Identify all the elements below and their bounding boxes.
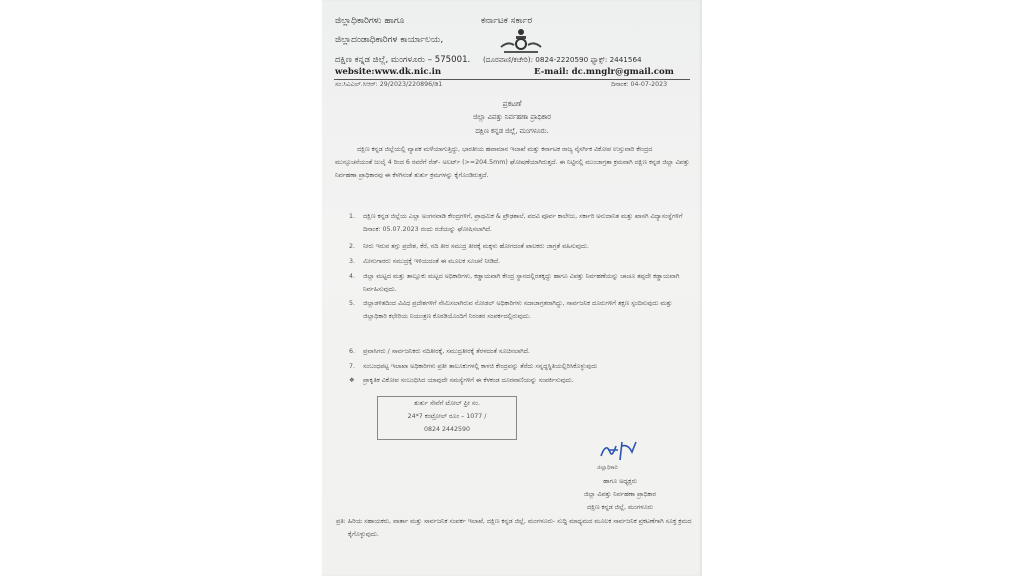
- office-line-2: ಜಿಲ್ಲಾದಂಡಾಧಿಕಾರಿಗಳ ಕಾರ್ಯಾಲಯ,: [335, 35, 443, 45]
- list-item: 5. ಜಿಲ್ಲಾಡಳಿತದಿಂದ ವಿವಿಧ ಪ್ರದೇಶಗಳಿಗೆ ನೇಮಿ…: [349, 298, 694, 338]
- signatory-designation: ಜಿಲ್ಲಾಧಿಕಾರಿ: [597, 465, 618, 472]
- list-item: 2. ನೀರು ಇರುವ ತಗ್ಗು ಪ್ರದೇಶ, ಕೆರೆ, ನದಿ ತೀರ…: [349, 241, 694, 254]
- helpline-label: ತುರ್ತು ಸೇವೆಗೆ ಟೋಲ್ ಫ್ರೀ ಸಂ.: [378, 397, 516, 410]
- list-item: 7. ಸಂಬಂಧಪಟ್ಟ ಇಲಾಖಾ ಅಧಿಕಾರಿಗಳು ಪ್ರತೀ ತಾಲೂ…: [349, 361, 694, 374]
- phone-fax: (ದೂರವಾಣಿ/ಕಚೇರಿ): 0824-2220590 ಫ್ಯಾಕ್ಸ್: …: [483, 55, 642, 65]
- office-line-3: ದಕ್ಷಿಣ ಕನ್ನಡ ಜಿಲ್ಲೆ, ಮಂಗಳೂರು – 575001.: [335, 55, 470, 65]
- copy-to-note: ಪ್ರತಿ: ಹಿರಿಯ ಸಹಾಯಕರು, ವಾರ್ತಾ ಮತ್ತು ಸಾರ್ವ…: [336, 515, 698, 541]
- list-item: 1. ದಕ್ಷಿಣ ಕನ್ನಡ ಜಿಲ್ಲೆಯ ಎಲ್ಲಾ ಅಂಗನವಾಡಿ ಕ…: [349, 211, 694, 237]
- list-item: 4. ಜಿಲ್ಲಾ ಮಟ್ಟದ ಮತ್ತು ತಾಲ್ಲೂಕು ಮಟ್ಟದ ಅಧಿ…: [349, 271, 694, 297]
- signatory-district: ದಕ್ಷಿಣ ಕನ್ನಡ ಜಿಲ್ಲೆ, ಮಂಗಳೂರು: [540, 504, 700, 512]
- office-line-1: ಜಿಲ್ಲಾಧಿಕಾರಿಗಳು ಹಾಗೂ: [335, 16, 404, 26]
- authority-name: ಜಿಲ್ಲಾ ವಿಪತ್ತು ನಿರ್ವಹಣಾ ಪ್ರಾಧಿಕಾರ: [322, 113, 702, 122]
- helpline-box: ತುರ್ತು ಸೇವೆಗೆ ಟೋಲ್ ಫ್ರೀ ಸಂ. 24*7 ಕಂಟ್ರೋಲ…: [377, 396, 517, 440]
- karnataka-emblem-icon: [496, 27, 546, 55]
- signatory-role: ಹಾಗೂ ಅಧ್ಯಕ್ಷರು: [540, 478, 700, 486]
- control-room-number: 24*7 ಕಂಟ್ರೋಲ್ ರೂಂ – 1077 /: [378, 410, 516, 423]
- list-item: 3. ಮೀನುಗಾರರು ಸಮುದ್ರಕ್ಕೆ ಇಳಿಯದಂತೆ ಈ ಮೂಲಕ …: [349, 256, 694, 269]
- reference-number: ಸಂ:ಸಿಎಎಲ್.ಸಿಆರ್: 29/2023/220896/ಡಿ1: [335, 81, 442, 89]
- email-link[interactable]: E-mail: dc.mnglr@gmail.com: [534, 67, 674, 77]
- signature-mark: [598, 438, 638, 464]
- list-item: 6. ಪ್ರವಾಸಿಗರು / ಸಾರ್ವಜನಿಕರು ನದಿತೀರಕ್ಕೆ, …: [349, 346, 694, 359]
- office-phone-number: 0824 2442590: [378, 423, 516, 436]
- notice-heading: ಪ್ರಕಟಣೆ: [322, 99, 702, 109]
- government-name: ಕರ್ನಾಟಕ ಸರ್ಕಾರ: [481, 16, 532, 26]
- header-divider: [334, 79, 690, 80]
- list-item: ❖ ಪ್ರಾಕೃತಿಕ ವಿಕೋಪ ಸಂಬಂಧಿಸಿದ ಯಾವುದೇ ಸಮಸ್ಯ…: [349, 375, 694, 388]
- intro-paragraph: ದಕ್ಷಿಣ ಕನ್ನಡ ಜಿಲ್ಲೆಯಲ್ಲಿ ವ್ಯಾಪಕ ಮಳೆಯಾಗುತ…: [335, 143, 690, 182]
- district-name: ದಕ್ಷಿಣ ಕನ್ನಡ ಜಿಲ್ಲೆ, ಮಂಗಳೂರು.: [322, 127, 702, 136]
- signatory-authority: ಜಿಲ್ಲಾ ವಿಪತ್ತು ನಿರ್ವಹಣಾ ಪ್ರಾಧಿಕಾರ: [540, 491, 700, 499]
- website-link[interactable]: website:www.dk.nic.in: [335, 67, 441, 77]
- document-date: ದಿನಾಂಕ: 04-07-2023: [611, 81, 667, 89]
